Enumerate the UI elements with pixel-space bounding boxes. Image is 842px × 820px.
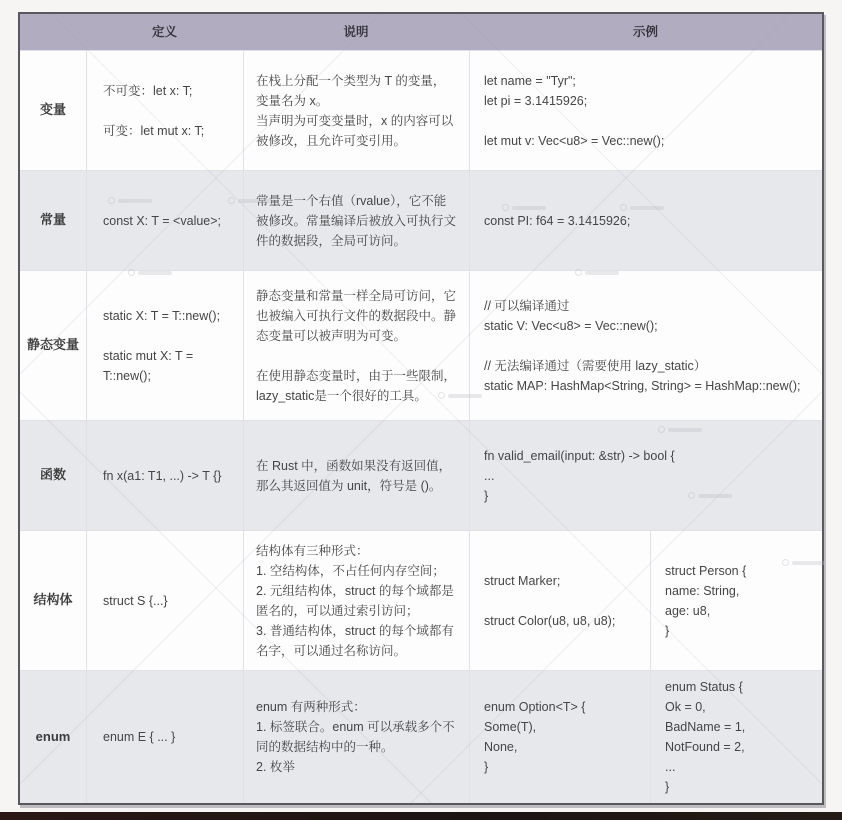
cell-definition: fn x(a1: T1, ...) -> T {} [86,421,243,530]
cell-definition: 不可变：let x: T; 可变：let mut x: T; [86,51,243,170]
cell-example: fn valid_email(input: &str) -> bool { ..… [469,421,822,530]
cell-example: // 可以编译通过 static V: Vec<u8> = Vec::new()… [469,271,822,420]
cell-example: struct Marker; struct Color(u8, u8, u8);… [469,531,822,670]
cell-example: let name = "Tyr"; let pi = 3.1415926; le… [469,51,822,170]
cell-description: 在 Rust 中，函数如果没有返回值，那么其返回值为 unit，符号是 ()。 [243,421,469,530]
header-corner-cell [20,14,86,50]
cell-description: 静态变量和常量一样全局可访问，它也被编入可执行文件的数据段中。静态变量可以被声明… [243,271,469,420]
cell-description: 在栈上分配一个类型为 T 的变量，变量名为 x。 当声明为可变变量时，x 的内容… [243,51,469,170]
table-header-row: 定义 说明 示例 [20,14,822,50]
cell-definition: static X: T = T::new(); static mut X: T … [86,271,243,420]
table-row-function: 函数 fn x(a1: T1, ...) -> T {} 在 Rust 中，函数… [20,420,822,530]
cell-example-left: struct Marker; struct Color(u8, u8, u8); [470,531,650,670]
row-label: 函数 [20,421,86,530]
cell-description: 常量是一个右值（rvalue），它不能被修改。常量编译后被放入可执行文件的数据段… [243,171,469,270]
rust-concepts-table: 定义 说明 示例 变量 不可变：let x: T; 可变：let mut x: … [18,12,824,805]
row-label: 静态变量 [20,271,86,420]
table-row-static: 静态变量 static X: T = T::new(); static mut … [20,270,822,420]
cell-description: enum 有两种形式： 1. 标签联合。enum 可以承载多个不同的数据结构中的… [243,671,469,803]
cell-example-left: enum Option<T> { Some(T), None, } [470,671,650,803]
cell-example-right: struct Person { name: String, age: u8, } [650,531,822,670]
table-row-variable: 变量 不可变：let x: T; 可变：let mut x: T; 在栈上分配一… [20,50,822,170]
header-example: 示例 [469,14,822,50]
cell-description: 结构体有三种形式： 1. 空结构体，不占任何内存空间； 2. 元组结构体，str… [243,531,469,670]
bottom-bar [0,812,842,820]
table-row-struct: 结构体 struct S {...} 结构体有三种形式： 1. 空结构体，不占任… [20,530,822,670]
header-description: 说明 [243,14,469,50]
cell-example: enum Option<T> { Some(T), None, } enum S… [469,671,822,803]
row-label: 常量 [20,171,86,270]
table-row-constant: 常量 const X: T = <value>; 常量是一个右值（rvalue）… [20,170,822,270]
row-label: 变量 [20,51,86,170]
table-row-enum: enum enum E { ... } enum 有两种形式： 1. 标签联合。… [20,670,822,803]
header-definition: 定义 [86,14,243,50]
cell-definition: const X: T = <value>; [86,171,243,270]
cell-example-right: enum Status { Ok = 0, BadName = 1, NotFo… [650,671,822,803]
page: 定义 说明 示例 变量 不可变：let x: T; 可变：let mut x: … [0,0,842,820]
cell-definition: enum E { ... } [86,671,243,803]
row-label: enum [20,671,86,803]
row-label: 结构体 [20,531,86,670]
cell-example: const PI: f64 = 3.1415926; [469,171,822,270]
cell-definition: struct S {...} [86,531,243,670]
